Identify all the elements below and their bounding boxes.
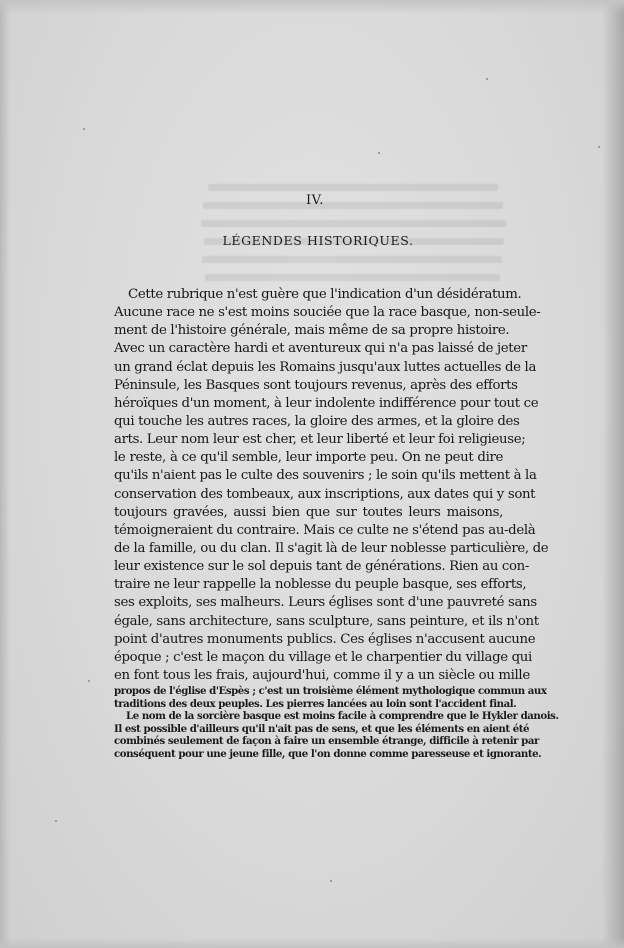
body-line: égale, sans architecture, sans sculpture… xyxy=(114,613,503,631)
body-line: ses exploits, ses malheurs. Leurs église… xyxy=(114,594,503,612)
page-edge-shadow-bottom xyxy=(0,938,624,948)
reverse-side-bleed-through xyxy=(98,160,518,286)
paper-speck xyxy=(598,146,600,148)
body-line: arts. Leur nom leur est cher, et leur li… xyxy=(114,431,503,449)
page-edge-shadow-right xyxy=(602,0,624,948)
scanned-page: IV. LÉGENDES HISTORIQUES. Cette rubrique… xyxy=(0,0,624,948)
body-line: Péninsule, les Basques sont toujours rev… xyxy=(114,377,503,395)
body-line: leur existence sur le sol depuis tant de… xyxy=(114,558,503,576)
body-paragraph: Cette rubrique n'est guère que l'indicat… xyxy=(114,286,503,685)
footnote-line: conséquent pour une jeune fille, que l'o… xyxy=(114,748,503,761)
body-line: qui touche les autres races, la gloire d… xyxy=(114,413,503,431)
footnote-line: combinés seulement de façon à faire un e… xyxy=(114,735,503,748)
footnote-line: traditions des deux peuples. Les pierres… xyxy=(114,698,503,711)
page-edge-shadow-left xyxy=(0,0,10,948)
body-line: traire ne leur rappelle la noblesse du p… xyxy=(114,576,503,594)
body-line: héroïques d'un moment, à leur indolente … xyxy=(114,395,503,413)
body-line: en font tous les frais, aujourd'hui, com… xyxy=(114,667,503,685)
footnote-line: Il est possible d'ailleurs qu'il n'ait p… xyxy=(114,723,503,736)
footnote-line: Le nom de la sorcière basque est moins f… xyxy=(114,710,503,723)
body-line: point d'autres monuments publics. Ces ég… xyxy=(114,631,503,649)
footnote-line: propos de l'église d'Espès ; c'est un tr… xyxy=(114,685,503,698)
chapter-title: LÉGENDES HISTORIQUES. xyxy=(0,233,624,248)
chapter-number: IV. xyxy=(0,193,624,208)
paper-speck xyxy=(55,820,57,822)
paper-speck xyxy=(330,880,332,882)
body-line: qu'ils n'aient pas le culte des souvenir… xyxy=(114,467,503,485)
body-line: un grand éclat depuis les Romains jusqu'… xyxy=(114,359,503,377)
body-line: ment de l'histoire générale, mais même d… xyxy=(114,322,503,340)
body-line: toujours gravées, aussi bien que sur tou… xyxy=(114,504,503,522)
paper-speck xyxy=(486,78,488,80)
paper-speck xyxy=(88,680,90,682)
body-line: témoigneraient du contraire. Mais ce cul… xyxy=(114,522,503,540)
body-line: Avec un caractère hardi et aventureux qu… xyxy=(114,340,503,358)
body-line: Aucune race ne s'est moins souciée que l… xyxy=(114,304,503,322)
body-line: de la famille, ou du clan. Il s'agit là … xyxy=(114,540,503,558)
page-edge-shadow-top xyxy=(0,0,624,14)
body-line: Cette rubrique n'est guère que l'indicat… xyxy=(114,286,503,304)
body-line: époque ; c'est le maçon du village et le… xyxy=(114,649,503,667)
footnotes: propos de l'église d'Espès ; c'est un tr… xyxy=(114,685,503,761)
paper-speck xyxy=(378,152,380,154)
body-line: le reste, à ce qu'il semble, leur import… xyxy=(114,449,503,467)
paper-speck xyxy=(83,128,85,130)
body-line: conservation des tombeaux, aux inscripti… xyxy=(114,486,503,504)
